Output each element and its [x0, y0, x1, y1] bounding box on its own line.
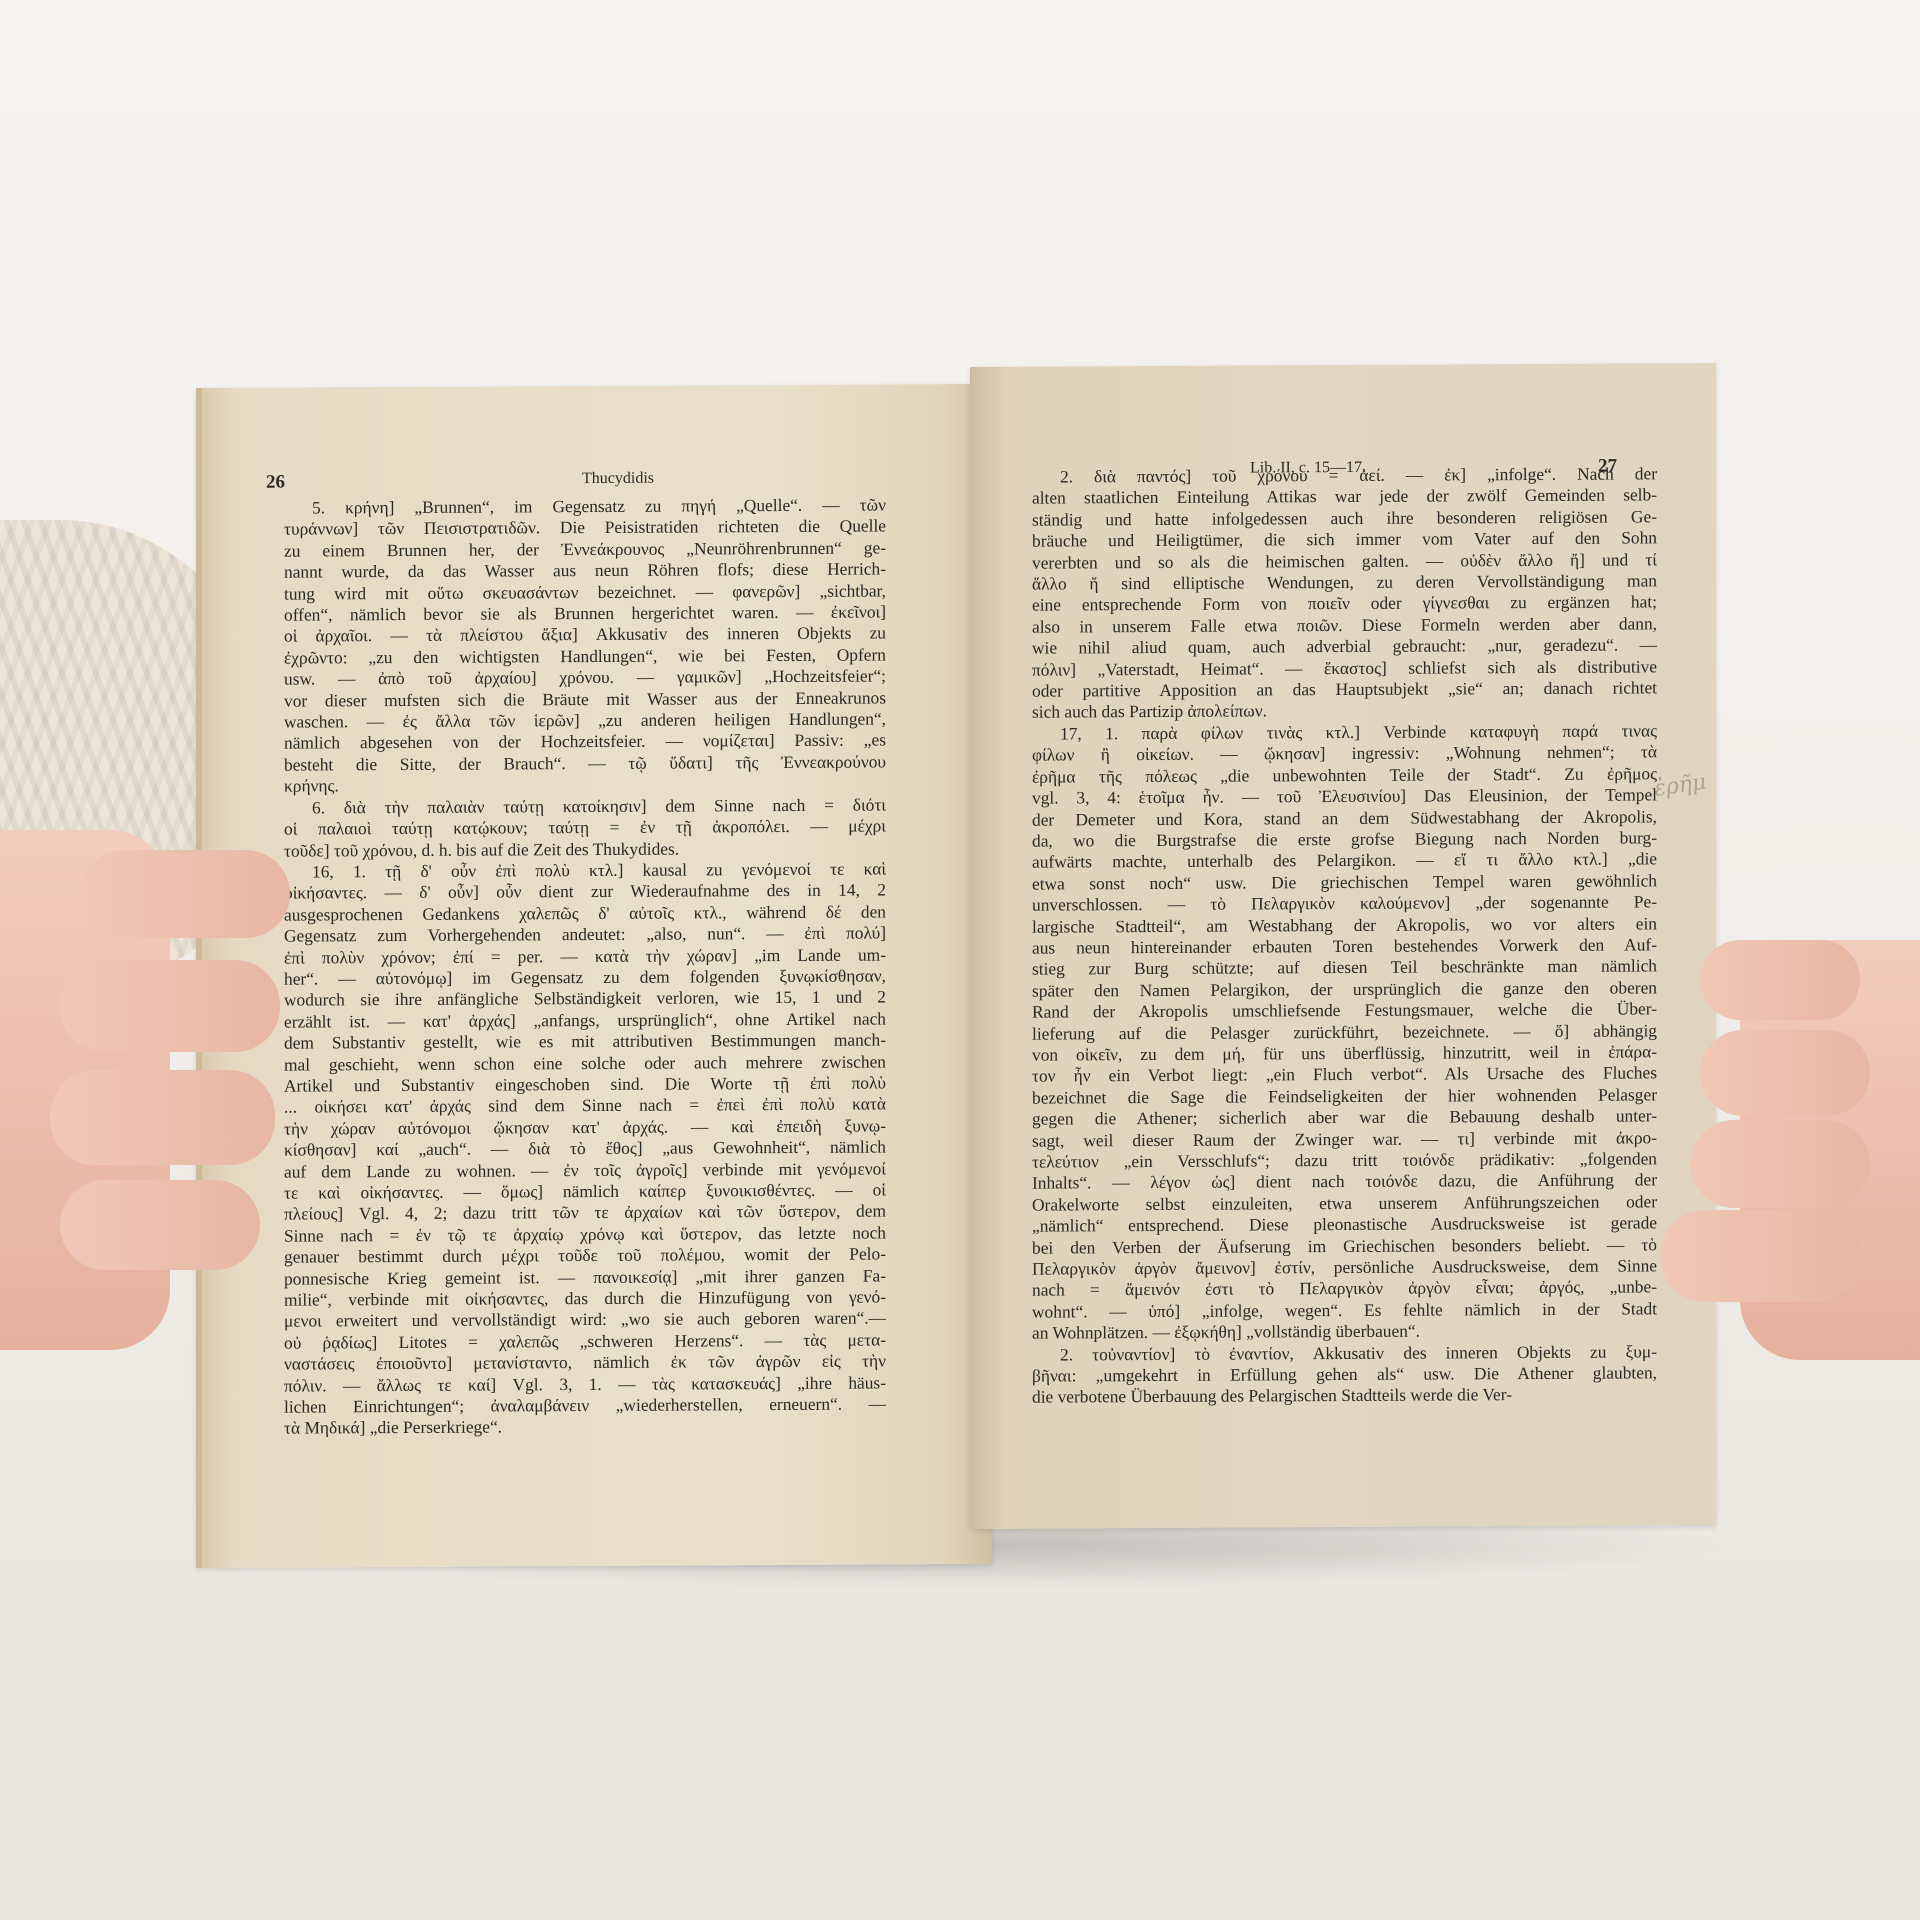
text-line: τον ἦν ein Verbot liegt: „ein Fluch verb… [1032, 1063, 1657, 1088]
text-line: stieg zur Burg schützte; auf diesen Teil… [1032, 956, 1657, 981]
text-line: lichen Einrichtungen“; ἀναλαμβάνειν „wie… [284, 1394, 886, 1419]
right-hand-finger [1660, 1210, 1860, 1302]
text-line: Artikel und Substantiv eingeschoben sind… [284, 1072, 886, 1097]
text-line: ἐπὶ πολὺν χρόνον; ἐπί = per. — κατὰ τὴν … [284, 944, 886, 969]
text-line: μενοι erweitert und vervollständigt wird… [284, 1308, 886, 1333]
text-line: Gegensatz zum Vorhergehenden andeutet: „… [284, 923, 886, 948]
text-line: offen“, nämlich bevor sie als Brunnen he… [284, 602, 886, 627]
text-line: dem Substantiv gestellt, wie es mit attr… [284, 1030, 886, 1055]
text-line: κρήνης. [284, 773, 886, 798]
text-line: die verbotene Überbauung des Pelargische… [1032, 1384, 1657, 1409]
text-line: τε καὶ οἰκήσαντες. — ὅμως] nämlich καίπε… [284, 1179, 886, 1204]
text-line: ausgesprochenen Gedankens χαλεπῶς δ' αὐτ… [284, 901, 886, 926]
text-line: οἱ ἀρχαῖοι. — τὰ πλείστου ἄξια] Akkusati… [284, 623, 886, 648]
left-hand-finger [80, 850, 290, 938]
text-line: „nämlich“ entsprechend. Diese pleonastis… [1032, 1213, 1657, 1238]
text-line: φίλων ἢ οἰκείων. — ᾤκησαν] ingressiv: „W… [1032, 742, 1657, 767]
running-head-left: Thucydidis [582, 470, 654, 488]
text-line: alten staatlichen Einteilung Attikas war… [1032, 485, 1657, 510]
text-line: Sinne nach = ἐν τῷ τε ἀρχαίῳ χρόνῳ καὶ ὕ… [284, 1222, 886, 1247]
text-line: usw. — ἀπὸ τοῦ ἀρχαίου] χρόνου. — γαμικῶ… [284, 666, 886, 691]
left-hand-finger [60, 960, 280, 1052]
right-hand-finger [1700, 1030, 1870, 1116]
text-line: vor dieser mufsten sich die Bräute mit W… [284, 687, 886, 712]
text-line: βῆναι: „umgekehrt in Erfüllung gehen als… [1032, 1362, 1657, 1387]
text-line: 6. διὰ τὴν παλαιὰν ταύτῃ κατοίκησιν] dem… [284, 794, 886, 819]
left-hand-finger [50, 1070, 275, 1165]
right-page-text: 2. διὰ παντός] τοῦ χρόνου = ἀεί. — ἐκ] „… [1032, 463, 1657, 1408]
text-line: aufwärts machte, unterhalb des Pelargiko… [1032, 849, 1657, 874]
text-line: οἰκήσαντες. — δ' οὖν] οὖν dient zur Wied… [284, 880, 886, 905]
open-book: 26 Thucydidis 5. κρήνη] „Brunnen“, im Ge… [0, 0, 1920, 1920]
text-line: ponnesische Krieg gemeint ist. — πανοικε… [284, 1265, 886, 1290]
right-page[interactable]: Lib. II, c. 15—17. 27 2. διὰ παντός] τοῦ… [970, 363, 1716, 1529]
text-line: ... οἰκήσει κατ' ἀρχάς sind dem Sinne na… [284, 1094, 886, 1119]
text-line: oder partitive Apposition an das Hauptsu… [1032, 677, 1657, 702]
text-line: πόλιν. — ἄλλως τε καί] Vgl. 3, 1. — τὰς … [284, 1372, 886, 1397]
text-line: zu einem Brunnen her, der Ἐννεάκρουνος „… [284, 537, 886, 562]
text-line: waschen. — ἐς ἄλλα τῶν ἱερῶν] „zu andere… [284, 709, 886, 734]
text-line: οἱ παλαιοὶ ταύτῃ κατῴκουν; ταύτῃ = ἐν τῇ… [284, 816, 886, 841]
text-line: 5. κρήνη] „Brunnen“, im Gegensatz zu πηγ… [284, 494, 886, 519]
text-line: ναστάσεις ἐποιοῦντο] μετανίσταντο, nämli… [284, 1351, 886, 1376]
text-line: nach = ἄμεινόν ἐστι τὸ Πελαργικὸν ἀργὸν … [1032, 1277, 1657, 1302]
text-line: ἐχρῶντο: „zu den wichtigsten Handlungen“… [284, 644, 886, 669]
text-line: milie“, verbinde mit οἰκήσαντες, das dur… [284, 1287, 886, 1312]
text-line: unverschlossen. — τὸ Πελαργικὸν καλούμεν… [1032, 891, 1657, 916]
text-line: erzählt ist. — κατ' ἀρχάς] „anfangs, urs… [284, 1008, 886, 1033]
text-line: nämlich abgesehen von der Hochzeitsfeier… [284, 730, 886, 755]
text-line: her“. — αὐτονόμῳ] im Gegensatz zu dem fo… [284, 965, 886, 990]
text-line: τὰ Μηδικά] „die Perserkriege“. [284, 1415, 886, 1440]
pencil-margin-note: ἐρῆμ [1652, 770, 1707, 802]
left-hand-finger [60, 1180, 260, 1270]
text-line: wodurch sie ihre anfängliche Selbständig… [284, 987, 886, 1012]
text-line: gegen die Athener; sicherlich aber war d… [1032, 1106, 1657, 1131]
text-line: tung wird mit οὕτω σκευασάντων bezeichne… [284, 580, 886, 605]
right-hand-finger [1690, 1120, 1870, 1208]
text-line: vgl. 3, 4: ἑτοῖμα ἦν. — τοῦ Ἐλευσινίου] … [1032, 784, 1657, 809]
text-line: eine entsprechende Form von ποιεῖν oder … [1032, 592, 1657, 617]
text-line: πλείους] Vgl. 4, 2; dazu tritt τῶν τε ἀρ… [284, 1201, 886, 1226]
text-line: οὐ ῥᾳδίως] Litotes = χαλεπῶς „schweren H… [284, 1329, 886, 1354]
text-line: Inhalts“. — λέγον ὡς] dient nach τοιόνδε… [1032, 1170, 1657, 1195]
right-hand-finger [1700, 940, 1860, 1020]
text-line: κίσθησαν] καί „auch“. — διὰ τὸ ἔθος] „au… [284, 1137, 886, 1162]
text-line: auf dem Lande zu wohnen. — ἐν τοῖς ἀγροῖ… [284, 1158, 886, 1183]
page-number-left: 26 [266, 472, 285, 494]
text-line: τὴν χώραν αὐτόνομοι ᾤκησαν κατ' ἀρχάς. —… [284, 1115, 886, 1140]
text-line: Rand der Akropolis umschliefsende Festun… [1032, 999, 1657, 1024]
text-line: mal geschieht, wenn schon eine solche od… [284, 1051, 886, 1076]
text-line: genauer bestimmt durch μέχρι τοῦδε τοῦ π… [284, 1244, 886, 1269]
text-line: τοῦδε] τοῦ χρόνου, d. h. bis auf die Zei… [284, 837, 886, 862]
left-page-text: 5. κρήνη] „Brunnen“, im Gegensatz zu πηγ… [284, 494, 886, 1439]
text-line: wohnt“. — ὑπό] „infolge, wegen“. Es fehl… [1032, 1298, 1657, 1323]
left-page[interactable]: 26 Thucydidis 5. κρήνη] „Brunnen“, im Ge… [196, 384, 992, 1568]
text-line: τυράννων] τῶν Πεισιστρατιδῶν. Die Peisis… [284, 516, 886, 541]
text-line: bräuche und Heiligtümer, die sich immer … [1032, 528, 1657, 553]
text-line: wie nihil aliud quam, auch adverbial geb… [1032, 635, 1657, 660]
text-line: 16, 1. τῇ δ' οὖν ἐπὶ πολὺ κτλ.] kausal z… [284, 858, 886, 883]
text-line: nannt wurde, da das Wasser aus neun Röhr… [284, 559, 886, 584]
text-line: besteht die Sitte, der Brauch“. — τῷ ὕδα… [284, 751, 886, 776]
